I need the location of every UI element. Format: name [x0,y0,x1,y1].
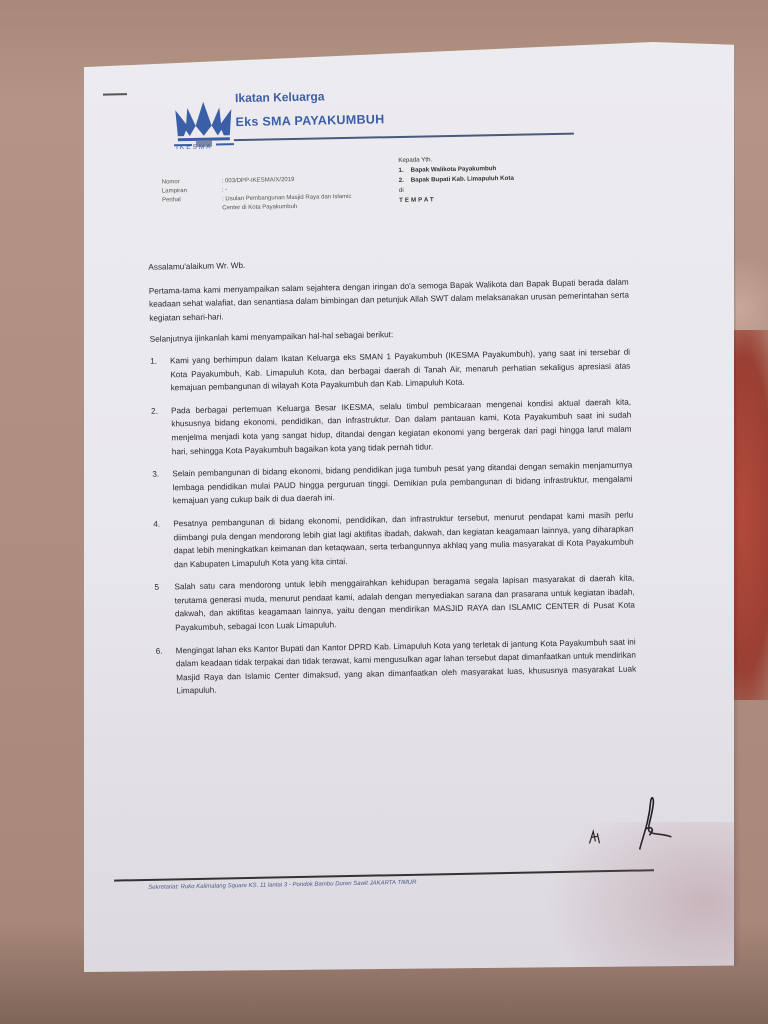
meta-row-perihal: Perihal : Usulan Pembangunan Masjid Raya… [162,193,362,215]
list-item: 5Salah satu cara mendorong untuk lebih m… [154,572,635,636]
list-item: 6.Mengingat lahan eks Kantor Bupati dan … [156,635,637,699]
recipient-place: TEMPAT [399,194,514,206]
footer-address: Sekretariat: Ruko Kalimalang Square KS. … [148,880,416,891]
org-name-line2: Eks SMA PAYAKUMBUH [235,112,384,129]
list-item: 1.Kami yang berhimpun dalam Ikatan Kelua… [150,346,631,396]
paraf-icon [585,827,605,847]
intro-paragraph: Pertama-tama kami menyampaikan salam sej… [149,275,630,325]
letter-meta: Nomor : 003/DPP-IKESMA/X/2019 Lampiran :… [162,175,363,215]
corner-dash [103,93,127,95]
greeting: Assalamu'alaikum Wr. Wb. [148,252,628,275]
recipient-block: Kepada Yth. 1. Bapak Walikota Payakumbuh… [398,154,514,206]
list-item: 4.Pesatnya pembangunan di bidang ekonomi… [153,508,634,572]
list-item: 2.Pada berbagai pertemuan Keluarga Besar… [151,395,632,459]
logo-caption: IKESMA [176,144,213,152]
footer-rule [114,869,654,881]
letterhead-rule [234,133,574,142]
list-item: 3.Selain pembangunan di bidang ekonomi, … [152,459,633,509]
letter-body: Assalamu'alaikum Wr. Wb. Pertama-tama ka… [148,252,636,708]
org-name-line1: Ikatan Keluarga [235,89,325,105]
points-list: 1.Kami yang berhimpun dalam Ikatan Kelua… [150,346,637,699]
letter-paper: IKESMA Ikatan Keluarga Eks SMA PAYAKUMBU… [84,42,734,972]
letter-content: IKESMA Ikatan Keluarga Eks SMA PAYAKUMBU… [84,30,752,972]
signature-icon [618,791,689,852]
lead-paragraph: Selanjutnya ijinkanlah kami menyampaikan… [150,324,630,347]
